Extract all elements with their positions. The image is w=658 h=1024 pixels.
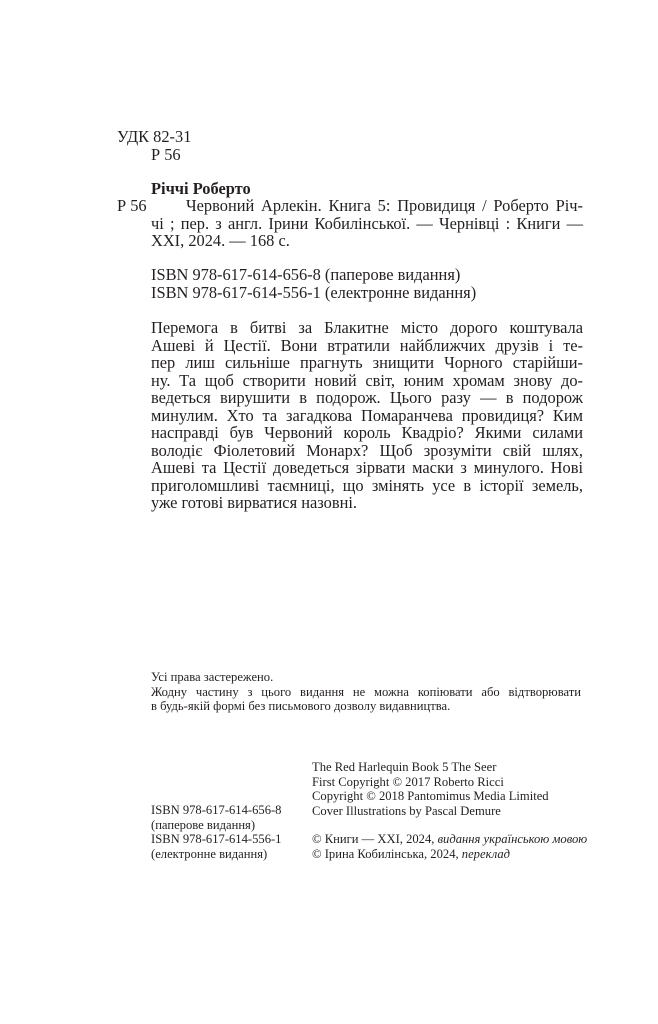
translator-copyright: © Ірина Кобилінська, 2024, переклад — [312, 847, 587, 862]
annotation-line: ведеться вирушити в подорож. Цього разу … — [151, 389, 583, 407]
publisher-copyright-note: видання українською мовою — [438, 832, 588, 846]
isbn-line: ISBN 978-617-614-556-1 — [151, 832, 281, 847]
author-sign-entry: Р 56 — [117, 197, 147, 215]
annotation-line: пер лиш сильніше прагнуть знищити Чорног… — [151, 354, 583, 372]
author-name: Річчі Роберто — [151, 180, 251, 198]
publisher-copyright-text: © Книги — XXI, 2024, — [312, 832, 438, 846]
original-edition-info: The Red Harlequin Book 5 The Seer First … — [312, 760, 549, 818]
translator-copyright-text: © Ірина Кобилінська, 2024, — [312, 847, 462, 861]
copyright-block: © Книги — XXI, 2024, видання українською… — [312, 832, 587, 861]
isbn-electronic: ISBN 978-617-614-556-1 (електронне видан… — [151, 284, 476, 302]
annotation-line: минулим. Хто та загадкова Помаранчева пр… — [151, 407, 583, 425]
publisher-copyright: © Книги — XXI, 2024, видання українською… — [312, 832, 587, 847]
author-sign-top: Р 56 — [151, 146, 181, 164]
udk-code: УДК 82-31 — [117, 128, 191, 146]
isbn-line: ISBN 978-617-614-656-8 — [151, 803, 281, 818]
annotation-line: Перемога в битві за Блакитне місто дорог… — [151, 319, 583, 337]
isbn-line: (паперове видання) — [151, 818, 281, 833]
annotation-line: Ашеві та Цестії доведеться зірвати маски… — [151, 459, 583, 477]
rights-line: Усі права застережено. — [151, 670, 581, 685]
annotation-line: Ашеві й Цестії. Вони втратили найближчих… — [151, 337, 583, 355]
bib-line: XXI, 2024. — 168 с. — [151, 232, 583, 250]
rights-notice: Усі права застережено. Жодну частину з ц… — [151, 670, 581, 714]
isbn-block: ISBN 978-617-614-656-8 (паперове видання… — [151, 803, 281, 861]
isbn-paper: ISBN 978-617-614-656-8 (паперове видання… — [151, 266, 460, 284]
copyright: Copyright © 2018 Pantomimus Media Limite… — [312, 789, 549, 804]
annotation-line: володіє Фіолетовий Монарх? Щоб зрозуміти… — [151, 442, 583, 460]
annotation-line: ну. Та щоб створити новий світ, юним хро… — [151, 372, 583, 390]
first-copyright: First Copyright © 2017 Roberto Ricci — [312, 775, 549, 790]
annotation: Перемога в битві за Блакитне місто дорог… — [151, 319, 583, 512]
cover-illustrations: Cover Illustrations by Pascal Demure — [312, 804, 549, 819]
annotation-line: насправді був Червоний король Квадріо? Я… — [151, 424, 583, 442]
translator-copyright-note: переклад — [462, 847, 510, 861]
isbn-line: (електронне видання) — [151, 847, 281, 862]
bib-line: чі ; пер. з англ. Ірини Кобилінської. — … — [151, 215, 583, 233]
rights-line: в будь-якій формі без письмового дозволу… — [151, 699, 581, 714]
bibliographic-description: Червоний Арлекін. Книга 5: Провидиця / Р… — [151, 197, 583, 250]
annotation-line: приголомшливі таємниці, що змінять усе в… — [151, 477, 583, 495]
original-title: The Red Harlequin Book 5 The Seer — [312, 760, 549, 775]
bib-line: Червоний Арлекін. Книга 5: Провидиця / Р… — [151, 197, 583, 215]
annotation-line: уже готові вирватися назовні. — [151, 494, 583, 512]
rights-line: Жодну частину з цього видання не можна к… — [151, 685, 581, 700]
